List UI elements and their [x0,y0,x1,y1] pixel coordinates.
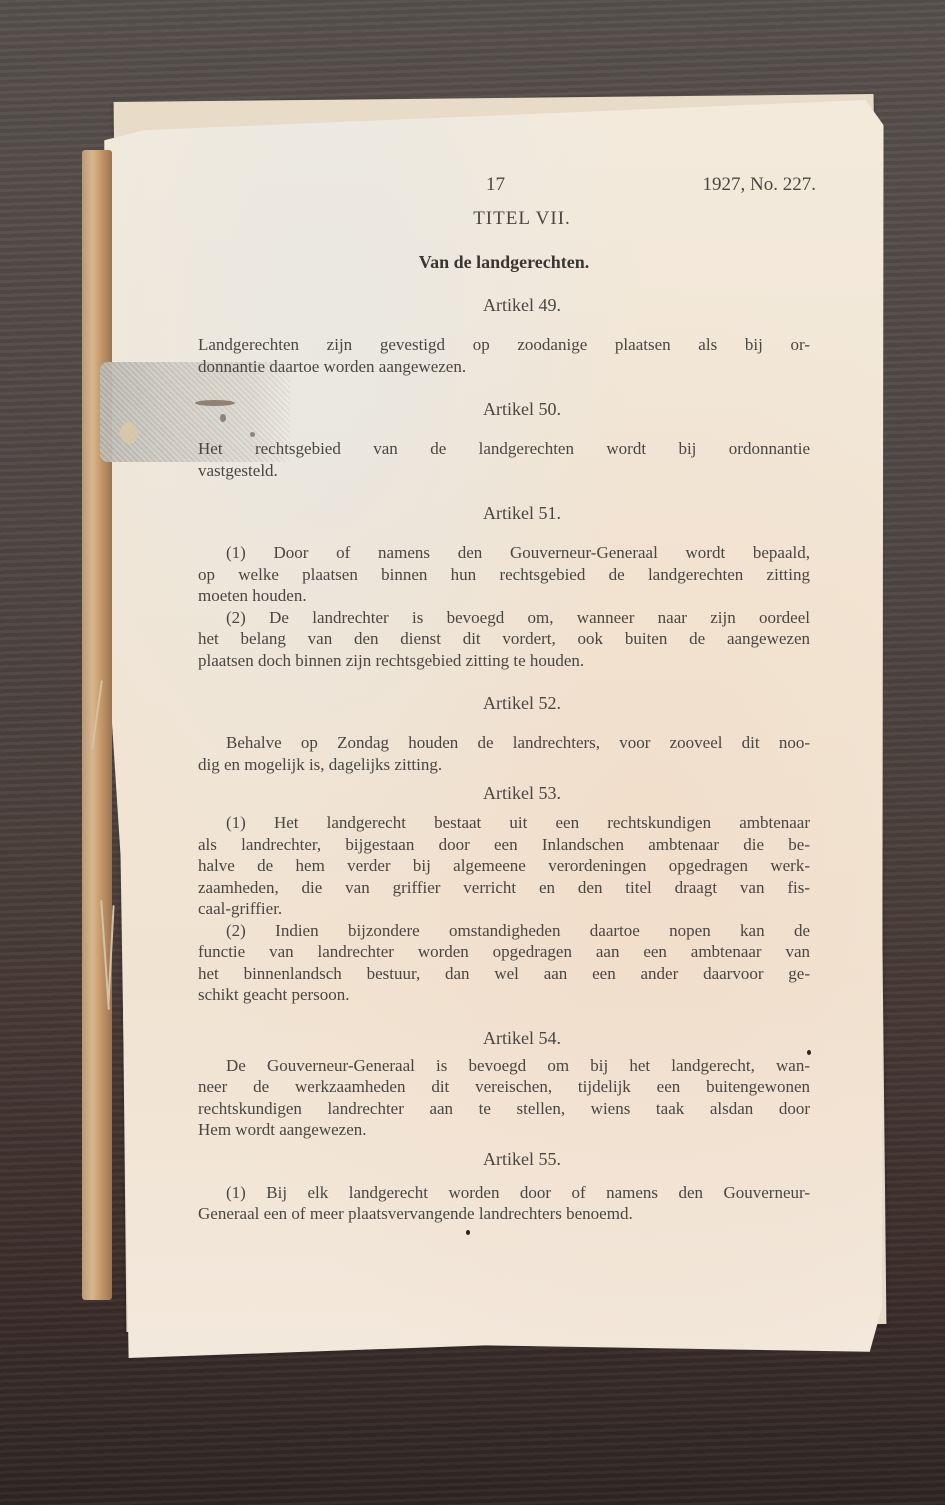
article-heading: Artikel 51. [198,503,810,524]
text-line: schikt geacht persoon. [198,984,810,1006]
article-body: De Gouverneur-Generaal is bevoegd om bij… [198,1055,810,1141]
text-line: het belang van den dienst dit vordert, o… [198,628,810,650]
article-body: Het rechtsgebied van de landgerechten wo… [198,438,810,481]
text-line: De Gouverneur-Generaal is bevoegd om bij… [198,1055,810,1077]
article-heading: Artikel 54. [198,1028,810,1049]
text-line: Het rechtsgebied van de landgerechten wo… [198,438,810,460]
text-line: (1) Het landgerecht bestaat uit een rech… [198,812,810,834]
text-line: dig en mogelijk is, dagelijks zitting. [198,754,810,776]
text-line: zaamheden, die van griffier verricht en … [198,877,810,899]
article-heading: Artikel 55. [198,1149,810,1170]
text-line: rechtskundigen landrechter aan te stelle… [198,1098,810,1120]
article-heading: Artikel 50. [198,399,810,420]
article-heading: Artikel 49. [198,295,810,316]
article-heading: Artikel 53. [198,783,810,804]
ink-spot [807,1050,811,1055]
text-line: moeten houden. [198,585,810,607]
text-line: plaatsen doch binnen zijn rechtsgebied z… [198,650,810,672]
text-line: op welke plaatsen binnen hun rechtsgebie… [198,564,810,586]
document-text: 17 1927, No. 227. TITEL VII. Van de land… [198,170,810,1225]
article-body: Landgerechten zijn gevestigd op zoodanig… [198,334,810,377]
text-line: functie van landrechter worden opgedrage… [198,941,810,963]
text-line: (1) Bij elk landgerecht worden door of n… [198,1182,810,1204]
page-number: 17 [486,174,505,196]
text-line: Landgerechten zijn gevestigd op zoodanig… [198,334,810,356]
text-line: halve de hem verder bij algemeene verord… [198,855,810,877]
article-body: (1) Door of namens den Gouverneur-Genera… [198,542,810,671]
section-heading: Van de landgerechten. [198,252,810,273]
article-body: (1) Het landgerecht bestaat uit een rech… [198,812,810,1006]
text-line: Hem wordt aangewezen. [198,1119,810,1141]
text-line: het binnenlandsch bestuur, dan wel aan e… [198,963,810,985]
text-line: neer de werkzaamheden dit vereischen, ti… [198,1076,810,1098]
text-line: caal-griffier. [198,898,810,920]
running-head: 17 1927, No. 227. [198,170,810,200]
text-line: (2) Indien bijzondere omstandigheden daa… [198,920,810,942]
text-line: als landrechter, bijgestaan door een Inl… [198,834,810,856]
text-line: Generaal een of meer plaatsvervangende l… [198,1203,810,1225]
text-line: Behalve op Zondag houden de landrechters… [198,732,810,754]
text-line: donnantie daartoe worden aangewezen. [198,356,810,378]
title-heading: TITEL VII. [198,208,810,230]
ink-spot [466,1230,470,1235]
article-body: (1) Bij elk landgerecht worden door of n… [198,1182,810,1225]
book-spine [82,150,112,1300]
text-line: (1) Door of namens den Gouverneur-Genera… [198,542,810,564]
text-line: vastgesteld. [198,460,810,482]
publication-reference: 1927, No. 227. [703,174,816,196]
text-line: (2) De landrechter is bevoegd om, wannee… [198,607,810,629]
article-body: Behalve op Zondag houden de landrechters… [198,732,810,775]
article-heading: Artikel 52. [198,693,810,714]
